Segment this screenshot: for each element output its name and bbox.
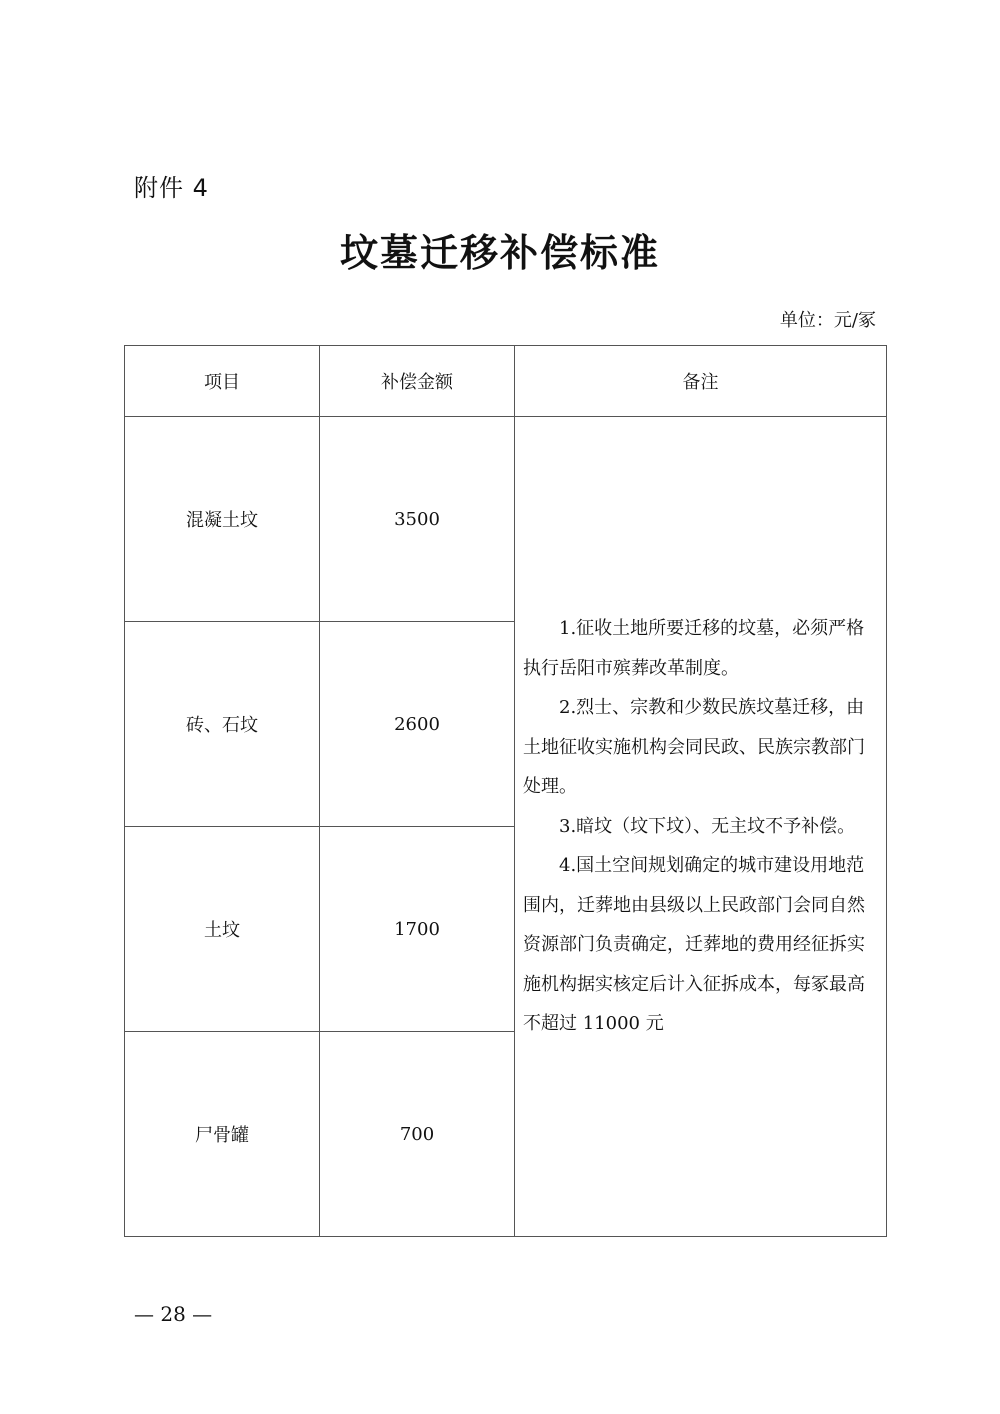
attachment-label: 附件 4 xyxy=(134,168,209,203)
item-cell: 混凝土坟 xyxy=(125,417,320,622)
compensation-table: 项目 补偿金额 备注 混凝土坟 3500 1.征收土地所要迁移的坟墓，必须严格执… xyxy=(124,345,887,1237)
note-2: 2.烈士、宗教和少数民族坟墓迁移，由土地征收实施机构会同民政、民族宗教部门处理。 xyxy=(523,688,880,807)
header-amount: 补偿金额 xyxy=(320,346,515,417)
item-cell: 砖、石坟 xyxy=(125,622,320,827)
note-4: 4.国土空间规划确定的城市建设用地范围内，迁葬地由县级以上民政部门会同自然资源部… xyxy=(523,846,880,1044)
unit-label: 单位：元/冢 xyxy=(780,306,876,332)
amount-cell: 1700 xyxy=(320,827,515,1032)
header-notes: 备注 xyxy=(515,346,887,417)
table-row: 混凝土坟 3500 1.征收土地所要迁移的坟墓，必须严格执行岳阳市殡葬改革制度。… xyxy=(125,417,887,622)
amount-cell: 700 xyxy=(320,1032,515,1237)
header-item: 项目 xyxy=(125,346,320,417)
amount-cell: 3500 xyxy=(320,417,515,622)
note-1: 1.征收土地所要迁移的坟墓，必须严格执行岳阳市殡葬改革制度。 xyxy=(523,609,880,688)
item-cell: 尸骨罐 xyxy=(125,1032,320,1237)
table-header-row: 项目 补偿金额 备注 xyxy=(125,346,887,417)
notes-cell: 1.征收土地所要迁移的坟墓，必须严格执行岳阳市殡葬改革制度。 2.烈士、宗教和少… xyxy=(515,417,887,1237)
item-cell: 土坟 xyxy=(125,827,320,1032)
amount-cell: 2600 xyxy=(320,622,515,827)
document-title: 坟墓迁移补偿标准 xyxy=(0,222,1000,277)
page-number: — 28 — xyxy=(134,1302,212,1326)
note-3: 3.暗坟（坟下坟）、无主坟不予补偿。 xyxy=(523,807,880,847)
